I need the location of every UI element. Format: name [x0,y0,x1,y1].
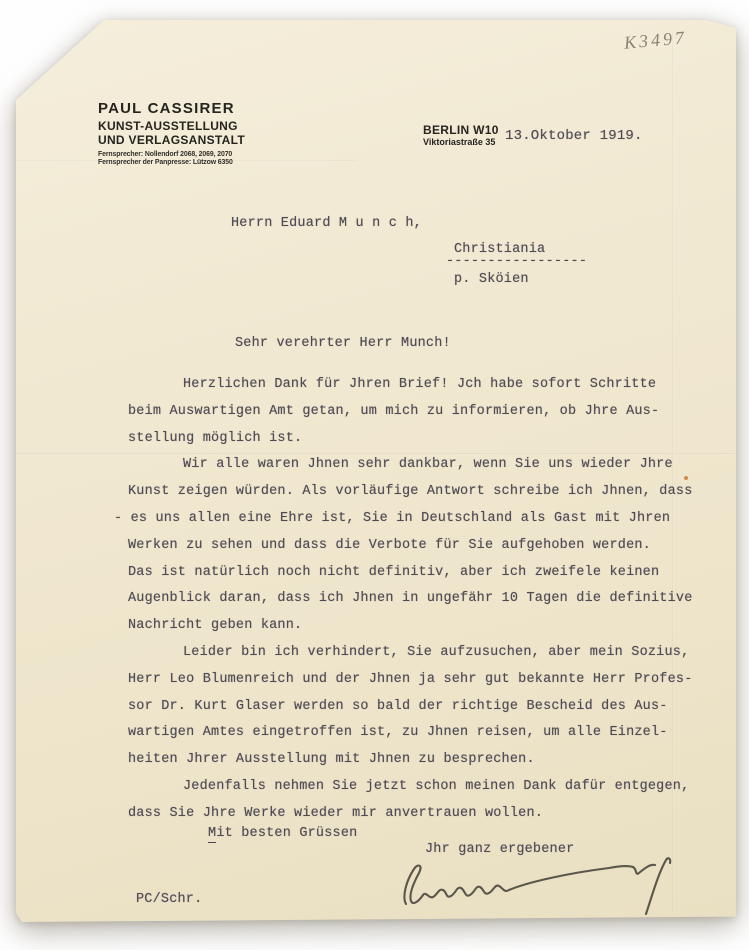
signature-scrawl [394,856,696,920]
body-line: Kunst zeigen würden. Als vorläufige Antw… [128,479,724,506]
salutation: Sehr verehrter Herr Munch! [235,336,451,351]
letterhead: PAUL CASSIRER KUNST-AUSSTELLUNG UND VERL… [98,100,245,166]
letterhead-company-name: PAUL CASSIRER [98,100,245,117]
letterhead-city: BERLIN W10 [423,123,499,137]
closing-greeting: Mit besten Grüssen [208,826,357,841]
body-line: heiten Jhrer Ausstellung mit Jhnen zu be… [128,747,724,774]
body-line: Herr Leo Blumenreich und der Jhnen ja se… [128,667,724,694]
body-line: dass Sie Jhre Werke wieder mir anvertrau… [128,801,724,828]
letterhead-line2: KUNST-AUSSTELLUNG [98,119,245,133]
body-line: Das ist natürlich noch nicht definitiv, … [128,560,724,587]
body-line: stellung möglich ist. [128,426,724,453]
letter-body: Herzlichen Dank für Jhren Brief! Jch hab… [128,372,724,828]
closing-greeting-rest: it besten Grüssen [216,826,357,841]
body-line: - es uns allen eine Ehre ist, Sie in Deu… [114,506,724,533]
body-line: wartigen Amtes eingetroffen ist, zu Jhne… [128,720,724,747]
body-line: Augenblick daran, dass ich Jhnen in unge… [128,586,724,613]
letter-scan: K3497 PAUL CASSIRER KUNST-AUSSTELLUNG UN… [16,20,736,922]
letter-date: 13.Oktober 1919. [505,128,643,144]
letterhead-line3: UND VERLAGSANSTALT [98,133,245,147]
letterhead-street: Viktoriastraße 35 [423,137,495,147]
letterhead-phone1: Fernsprecher: Nollendorf 2068, 2069, 207… [98,151,245,158]
body-line: Herzlichen Dank für Jhren Brief! Jch hab… [128,372,724,399]
body-line: Wir alle waren Jhnen sehr dankbar, wenn … [128,452,724,479]
body-line: beim Auswartigen Amt getan, um mich zu i… [128,399,724,426]
paper-sheet: K3497 PAUL CASSIRER KUNST-AUSSTELLUNG UN… [16,20,736,922]
body-line: Werken zu sehen und dass die Verbote für… [128,533,724,560]
body-line: sor Dr. Kurt Glaser werden so bald der r… [128,694,724,721]
body-line: Jedenfalls nehmen Sie jetzt schon meinen… [128,774,724,801]
closing-valediction: Jhr ganz ergebener [425,842,574,857]
body-line: Leider bin ich verhindert, Sie aufzusuch… [128,640,724,667]
body-line: Nachricht geben kann. [128,613,724,640]
recipient-name: Herrn Eduard M u n c h, [231,216,422,231]
recipient-address: p. Sköien [454,272,529,287]
recipient-city-underline: ----------------- [446,258,587,266]
reference-initials: PC/Schr. [136,892,202,907]
letterhead-phone2: Fernsprecher der Panpresse: Lützow 6350 [98,159,245,166]
archive-mark: K3497 [623,27,688,53]
